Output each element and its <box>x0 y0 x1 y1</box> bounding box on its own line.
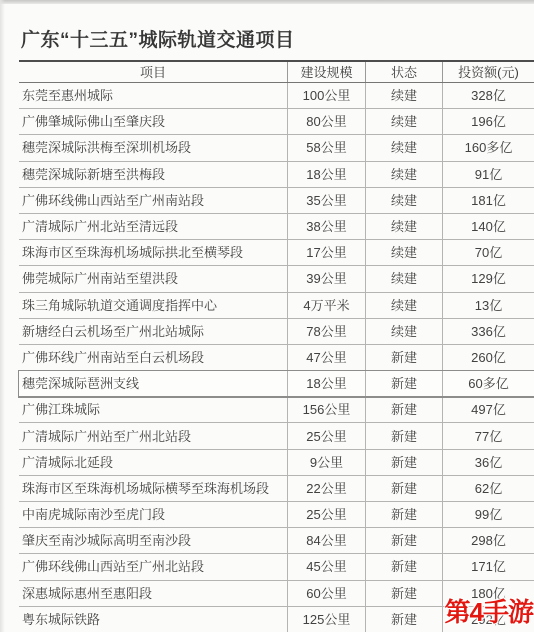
cell-investment: 99亿 <box>442 502 534 527</box>
table-row: 广佛江珠城际 156公里 新建 497亿 <box>19 397 534 423</box>
cell-scale: 39公里 <box>287 266 365 291</box>
cell-project: 珠海市区至珠海机场城际拱北至横琴段 <box>19 246 287 259</box>
cell-scale: 45公里 <box>287 554 365 579</box>
header-investment: 投资额(元) <box>442 62 534 82</box>
header-status: 状态 <box>365 62 442 82</box>
cell-investment: 196亿 <box>442 109 534 134</box>
cell-project: 肇庆至南沙城际高明至南沙段 <box>19 534 287 547</box>
cell-status: 续建 <box>365 162 442 187</box>
table-row: 广佛肇城际佛山至肇庆段 80公里 续建 196亿 <box>19 109 534 135</box>
cell-project: 珠三角城际轨道交通调度指挥中心 <box>19 299 287 312</box>
cell-scale: 25公里 <box>287 502 365 527</box>
cell-investment: 36亿 <box>442 450 534 475</box>
cell-scale: 9公里 <box>287 450 365 475</box>
table-row: 中南虎城际南沙至虎门段 25公里 新建 99亿 <box>19 502 534 528</box>
cell-status: 新建 <box>365 345 442 370</box>
cell-scale: 22公里 <box>287 476 365 501</box>
cell-project: 新塘经白云机场至广州北站城际 <box>19 325 287 338</box>
cell-project: 广清城际北延段 <box>19 456 287 469</box>
cell-investment: 298亿 <box>442 528 534 553</box>
cell-scale: 100公里 <box>287 83 365 108</box>
table-row: 东莞至惠州城际 100公里 续建 328亿 <box>19 83 534 109</box>
cell-investment: 328亿 <box>442 83 534 108</box>
photo-left-edge <box>0 0 5 632</box>
cell-project: 广佛江珠城际 <box>19 403 287 416</box>
cell-project: 佛莞城际广州南站至望洪段 <box>19 272 287 285</box>
table-row: 穗莞深城际洪梅至深圳机场段 58公里 续建 160多亿 <box>19 135 534 161</box>
cell-investment: 62亿 <box>442 476 534 501</box>
cell-project: 珠海市区至珠海机场城际横琴至珠海机场段 <box>19 482 287 495</box>
table-row: 珠海市区至珠海机场城际横琴至珠海机场段 22公里 新建 62亿 <box>19 476 534 502</box>
cell-investment: 260亿 <box>442 345 534 370</box>
cell-project: 中南虎城际南沙至虎门段 <box>19 508 287 521</box>
cell-scale: 17公里 <box>287 240 365 265</box>
table-row: 穗莞深城际新塘至洪梅段 18公里 续建 91亿 <box>19 162 534 188</box>
cell-project: 广佛环线佛山西站至广州南站段 <box>19 194 287 207</box>
cell-project: 粤东城际铁路 <box>19 613 287 626</box>
cell-project: 穗莞深城际新塘至洪梅段 <box>19 168 287 181</box>
cell-status: 续建 <box>365 188 442 213</box>
table-row: 广佛环线广州南站至白云机场段 47公里 新建 260亿 <box>19 345 534 371</box>
watermark-logo: 第4手游 <box>445 592 533 629</box>
cell-project: 广佛环线广州南站至白云机场段 <box>19 351 287 364</box>
cell-scale: 4万平米 <box>287 293 365 318</box>
cell-status: 续建 <box>365 135 442 160</box>
cell-status: 续建 <box>365 83 442 108</box>
cell-project: 广佛肇城际佛山至肇庆段 <box>19 115 287 128</box>
cell-scale: 47公里 <box>287 345 365 370</box>
cell-investment: 160多亿 <box>442 135 534 160</box>
cell-project: 广佛环线佛山西站至广州北站段 <box>19 560 287 573</box>
cell-status: 新建 <box>365 607 442 632</box>
page-title: 广东“十三五”城际轨道交通项目 <box>21 25 295 52</box>
cell-status: 新建 <box>365 476 442 501</box>
cell-status: 续建 <box>365 319 442 344</box>
table-row: 广清城际广州站至广州北站段 25公里 新建 77亿 <box>19 423 534 449</box>
cell-project: 深惠城际惠州至惠阳段 <box>19 587 287 600</box>
cell-investment: 171亿 <box>442 554 534 579</box>
header-scale: 建设规模 <box>287 62 365 82</box>
photo-top-edge <box>0 0 534 4</box>
cell-status: 新建 <box>365 397 442 422</box>
cell-status: 新建 <box>365 450 442 475</box>
cell-scale: 38公里 <box>287 214 365 239</box>
cell-scale: 78公里 <box>287 319 365 344</box>
cell-investment: 497亿 <box>442 397 534 422</box>
header-project: 项目 <box>19 66 287 79</box>
cell-project: 穗莞深城际琶洲支线 <box>19 377 287 390</box>
cell-investment: 181亿 <box>442 188 534 213</box>
cell-scale: 58公里 <box>287 135 365 160</box>
cell-status: 续建 <box>365 214 442 239</box>
cell-investment: 77亿 <box>442 423 534 448</box>
cell-status: 新建 <box>365 581 442 606</box>
table-row: 广佛环线佛山西站至广州南站段 35公里 续建 181亿 <box>19 188 534 214</box>
cell-investment: 60多亿 <box>442 371 534 396</box>
table-header: 项目 建设规模 状态 投资额(元) <box>19 62 534 83</box>
table-body: 东莞至惠州城际 100公里 续建 328亿 广佛肇城际佛山至肇庆段 80公里 续… <box>19 83 534 632</box>
cell-status: 新建 <box>365 528 442 553</box>
cell-scale: 18公里 <box>287 162 365 187</box>
cell-status: 新建 <box>365 554 442 579</box>
cell-investment: 140亿 <box>442 214 534 239</box>
cell-project: 广清城际广州站至广州北站段 <box>19 430 287 443</box>
cell-project: 东莞至惠州城际 <box>19 89 287 102</box>
cell-scale: 35公里 <box>287 188 365 213</box>
cell-scale: 60公里 <box>287 581 365 606</box>
cell-investment: 13亿 <box>442 293 534 318</box>
table-row: 广清城际广州北站至清远段 38公里 续建 140亿 <box>19 214 534 240</box>
cell-status: 续建 <box>365 109 442 134</box>
cell-status: 新建 <box>365 502 442 527</box>
table-row: 珠海市区至珠海机场城际拱北至横琴段 17公里 续建 70亿 <box>19 240 534 266</box>
cell-scale: 125公里 <box>287 607 365 632</box>
cell-scale: 84公里 <box>287 528 365 553</box>
cell-scale: 80公里 <box>287 109 365 134</box>
cell-status: 新建 <box>365 423 442 448</box>
table-row: 肇庆至南沙城际高明至南沙段 84公里 新建 298亿 <box>19 528 534 554</box>
table-row: 广清城际北延段 9公里 新建 36亿 <box>19 450 534 476</box>
cell-scale: 18公里 <box>287 371 365 396</box>
cell-status: 续建 <box>365 240 442 265</box>
cell-investment: 336亿 <box>442 319 534 344</box>
table-row: 新塘经白云机场至广州北站城际 78公里 续建 336亿 <box>19 319 534 345</box>
cell-investment: 91亿 <box>442 162 534 187</box>
cell-project: 穗莞深城际洪梅至深圳机场段 <box>19 141 287 154</box>
projects-table: 项目 建设规模 状态 投资额(元) 东莞至惠州城际 100公里 续建 328亿 … <box>19 60 534 632</box>
cell-investment: 70亿 <box>442 240 534 265</box>
table-row: 广佛环线佛山西站至广州北站段 45公里 新建 171亿 <box>19 554 534 580</box>
cell-scale: 25公里 <box>287 423 365 448</box>
table-row: 珠三角城际轨道交通调度指挥中心 4万平米 续建 13亿 <box>19 293 534 319</box>
cell-status: 续建 <box>365 293 442 318</box>
cell-scale: 156公里 <box>287 397 365 422</box>
table-row: 穗莞深城际琶洲支线 18公里 新建 60多亿 <box>19 371 534 397</box>
cell-status: 续建 <box>365 266 442 291</box>
cell-status: 新建 <box>365 371 442 396</box>
cell-investment: 129亿 <box>442 266 534 291</box>
table-row: 佛莞城际广州南站至望洪段 39公里 续建 129亿 <box>19 266 534 292</box>
cell-project: 广清城际广州北站至清远段 <box>19 220 287 233</box>
